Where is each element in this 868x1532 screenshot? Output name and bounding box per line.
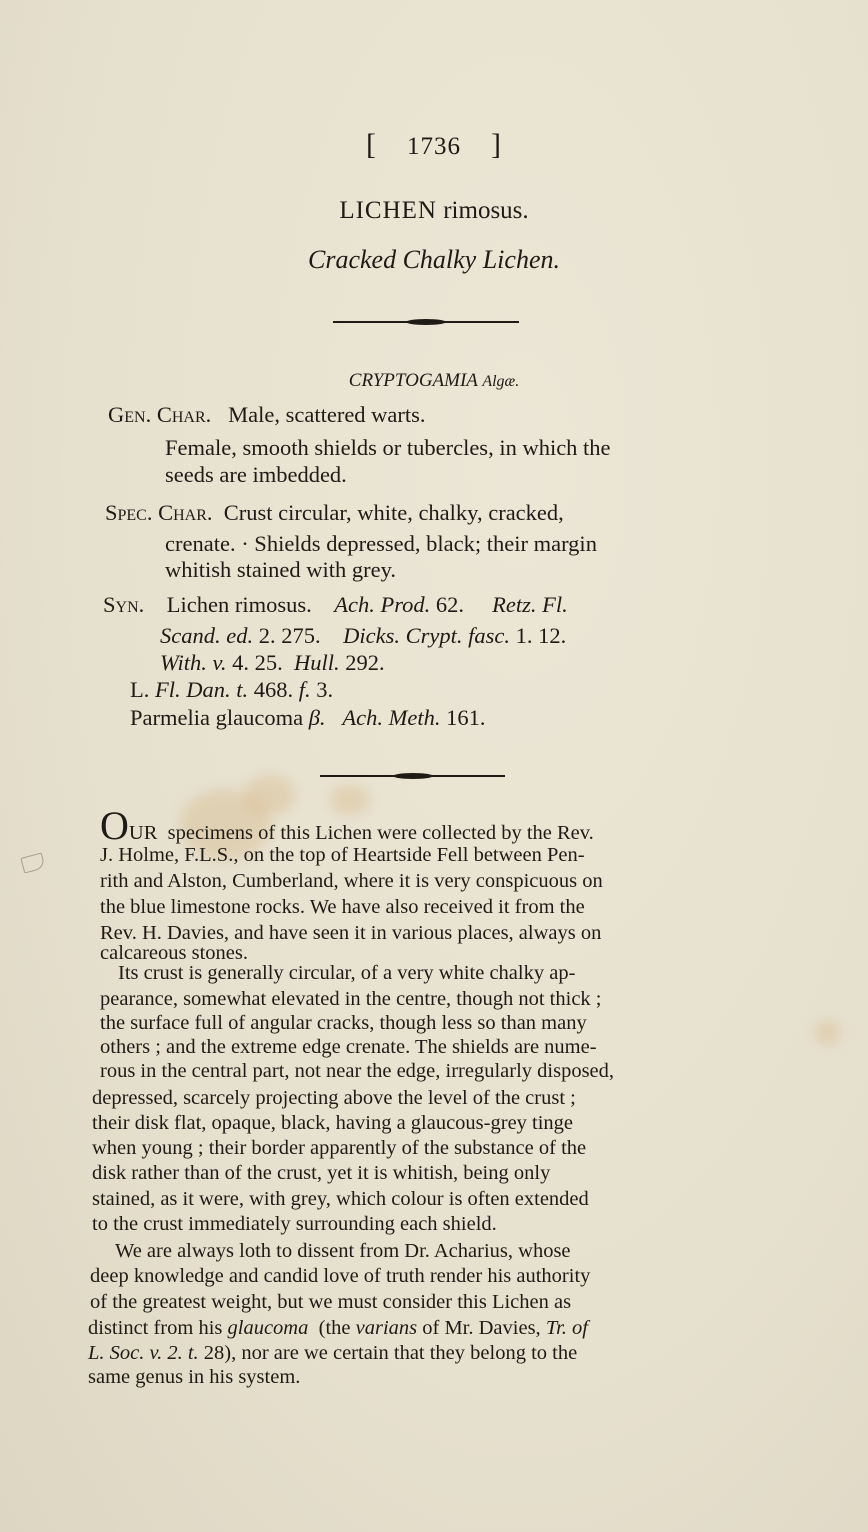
body-text: (the [319,1317,351,1339]
body-line: their disk flat, opaque, black, having a… [92,1112,573,1135]
synonym-label: Syn. [103,592,144,617]
body-line: to the crust immediately surrounding eac… [92,1213,497,1236]
body-line: deep knowledge and candid love of truth … [90,1265,590,1288]
gen-char-line: Gen. Char. Male, scattered warts. [108,402,426,428]
synonym-name: Parmelia glaucoma [130,705,303,730]
synonym-line: Syn. Lichen rimosus. Ach. Prod. 62. Retz… [103,592,568,618]
reference-number: 1. 12. [516,623,567,648]
body-line: We are always loth to dissent from Dr. A… [115,1240,571,1263]
species-title: LICHEN rimosus. [0,197,868,225]
bracket-close: ] [461,128,532,161]
classification: CRYPTOGAMIA Algæ. [0,370,868,392]
page-number-value: 1736 [407,133,461,160]
body-line: others ; and the extreme edge crenate. T… [100,1036,597,1059]
drop-cap: O [100,803,129,848]
body-line: disk rather than of the crust, yet it is… [92,1162,550,1185]
body-line: when young ; their border apparently of … [92,1137,586,1160]
reference: Dicks. Crypt. fasc. [343,623,510,648]
synonym-line: With. v. 4. 25. Hull. 292. [160,650,385,676]
ornamental-rule [320,775,505,777]
synonym-line: Scand. ed. 2. 275. Dicks. Crypt. fasc. 1… [160,623,566,649]
synonym-name: Lichen rimosus. [167,592,312,617]
variety-marker: β. [309,705,326,730]
order-name: Algæ. [482,373,519,390]
body-line: Its crust is generally circular, of a ve… [118,962,575,985]
body-line: stained, as it were, with grey, which co… [92,1188,589,1211]
species-epithet: glaucoma [228,1317,309,1339]
reference: Ach. Prod. [334,592,430,617]
linnaeus-abbrev: L. [130,677,149,702]
page-number: [1736] [0,128,868,162]
figure-abbrev: f. [299,677,311,702]
reference: Scand. ed. [160,623,253,648]
gen-char-text: seeds are imbedded. [165,462,347,488]
species-name: rimosus. [443,197,528,224]
foxing-stain [815,1020,840,1045]
body-line: same genus in his system. [88,1366,300,1389]
reference: Tr. of [546,1317,588,1339]
spec-char-line: Spec. Char. Crust circular, white, chalk… [105,500,564,526]
gen-char-text: Male, scattered warts. [228,402,425,427]
gen-char-text: Female, smooth shields or tubercles, in … [165,435,611,461]
body-text: 28), nor are we certain that they belong… [204,1342,577,1364]
book-page: [1736] LICHEN rimosus. Cracked Chalky Li… [0,0,868,1532]
body-line: distinct from his glaucoma (the varians … [88,1317,588,1340]
gen-char-label: Gen. Char. [108,402,211,427]
reference-number: 4. 25. [232,650,283,675]
reference-number: 292. [345,650,384,675]
body-line: pearance, somewhat elevated in the centr… [100,988,602,1011]
synonym-line: Parmelia glaucoma β. Ach. Meth. 161. [130,705,486,731]
common-name: Cracked Chalky Lichen. [0,245,868,275]
body-text: distinct from his [88,1317,222,1339]
body-line: OUR specimens of this Lichen were collec… [100,806,594,846]
reference: L. Soc. v. 2. t. [88,1342,199,1364]
spec-char-text: crenate. · Shields depressed, black; the… [165,531,597,557]
bracket-open: [ [336,128,407,161]
reference: Ach. Meth. [342,705,440,730]
body-line: L. Soc. v. 2. t. 28), nor are we certain… [88,1342,577,1365]
spec-char-text: whitish stained with grey. [165,557,396,583]
body-line: the surface full of angular cracks, thou… [100,1012,587,1035]
reference-number: 62. [436,592,464,617]
body-line: rous in the central part, not near the e… [100,1060,614,1083]
body-text: specimens of this Lichen were collected … [168,822,594,844]
reference: Retz. Fl. [492,592,568,617]
reference-number: 161. [446,705,485,730]
body-line: of the greatest weight, but we must cons… [90,1291,571,1314]
ornamental-rule [333,321,519,323]
body-line: J. Holme, F.L.S., on the top of Heartsid… [100,844,585,867]
reference-number: 2. 275. [259,623,321,648]
reference: Hull. [294,650,340,675]
species-epithet: varians [356,1317,418,1339]
opening-caps: UR [129,822,157,844]
genus-name: LICHEN [339,197,437,224]
body-line: depressed, scarcely projecting above the… [92,1087,576,1110]
reference: With. v. [160,650,226,675]
class-name: CRYPTOGAMIA [349,370,478,391]
figure-number: 3. [316,677,333,702]
pencil-mark [20,852,45,873]
body-line: the blue limestone rocks. We have also r… [100,896,585,919]
body-line: rith and Alston, Cumberland, where it is… [100,870,603,893]
reference: Fl. Dan. t. [155,677,248,702]
spec-char-label: Spec. Char. [105,500,213,525]
body-text: of Mr. Davies, [422,1317,540,1339]
synonym-line: L. Fl. Dan. t. 468. f. 3. [130,677,333,703]
spec-char-text: Crust circular, white, chalky, cracked, [224,500,564,525]
reference-number: 468. [254,677,293,702]
